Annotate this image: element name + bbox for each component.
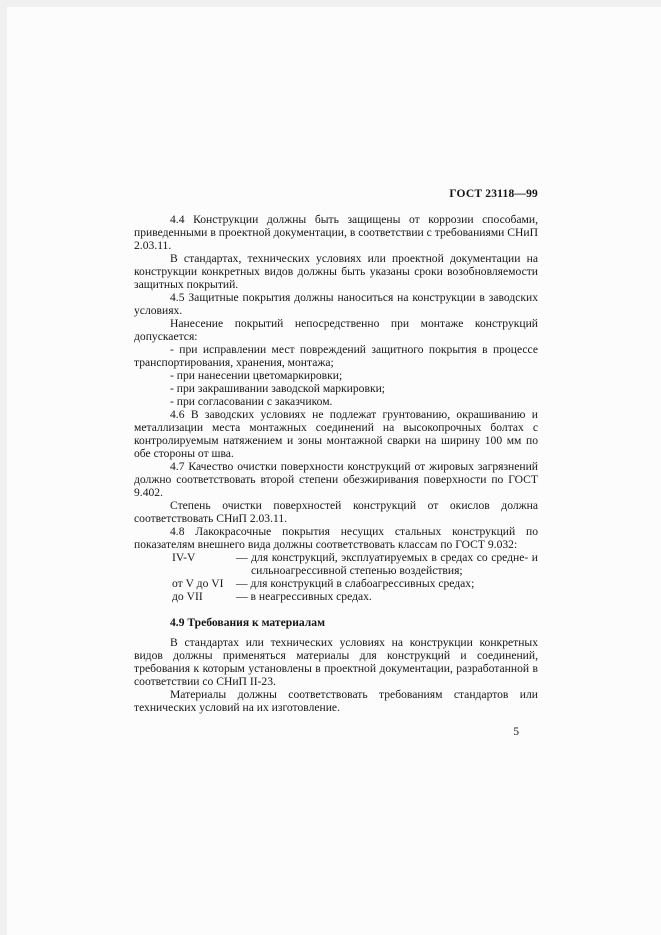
- paragraph-4-5: 4.5 Защитные покрытия должны наноситься …: [134, 291, 538, 317]
- paragraph: Степень очистки поверхностей конструкций…: [134, 499, 538, 525]
- list-item: - при исправлении мест повреждений защит…: [134, 343, 538, 369]
- definition-term: IV-V: [172, 551, 236, 577]
- definition-term: от V до VI: [172, 577, 236, 590]
- list-item: - при нанесении цветомаркировки;: [134, 369, 538, 382]
- paragraph: Материалы должны соответствовать требова…: [134, 688, 538, 714]
- running-header-gost-number: ГОСТ 23118—99: [134, 188, 538, 200]
- coating-class-definition-list: IV-V — для конструкций, эксплуатируемых …: [172, 551, 538, 603]
- page-number: 5: [134, 725, 538, 738]
- definition-text: — для конструкций, эксплуатируемых в сре…: [236, 551, 538, 577]
- paragraph: В стандартах или технических условиях на…: [134, 636, 538, 688]
- definition-text: — для конструкций в слабоагрессивных сре…: [236, 577, 538, 590]
- definition-row: от V до VI — для конструкций в слабоагре…: [172, 577, 538, 590]
- definition-text: — в неагрессивных средах.: [236, 590, 538, 603]
- paragraph: В стандартах, технических условиях или п…: [134, 252, 538, 291]
- definition-row: до VII — в неагрессивных средах.: [172, 590, 538, 603]
- document-page: ГОСТ 23118—99 4.4 Конструкции должны быт…: [7, 7, 661, 935]
- list-item: - при закрашивании заводской маркировки;: [134, 382, 538, 395]
- paragraph-4-4: 4.4 Конструкции должны быть защищены от …: [134, 213, 538, 252]
- paragraph-4-7: 4.7 Качество очистки поверхности констру…: [134, 460, 538, 499]
- paragraph-4-8: 4.8 Лакокрасочные покрытия несущих сталь…: [134, 525, 538, 551]
- paragraph-4-6: 4.6 В заводских условиях не подлежат гру…: [134, 408, 538, 460]
- document-content: 4.4 Конструкции должны быть защищены от …: [134, 213, 538, 738]
- scanned-document: ГОСТ 23118—99 4.4 Конструкции должны быт…: [0, 0, 661, 935]
- definition-term: до VII: [172, 590, 236, 603]
- definition-row: IV-V — для конструкций, эксплуатируемых …: [172, 551, 538, 577]
- paragraph: Нанесение покрытий непосредственно при м…: [134, 317, 538, 343]
- list-item: - при согласовании с заказчиком.: [134, 395, 538, 408]
- section-heading-4-9: 4.9 Требования к материалам: [170, 616, 538, 629]
